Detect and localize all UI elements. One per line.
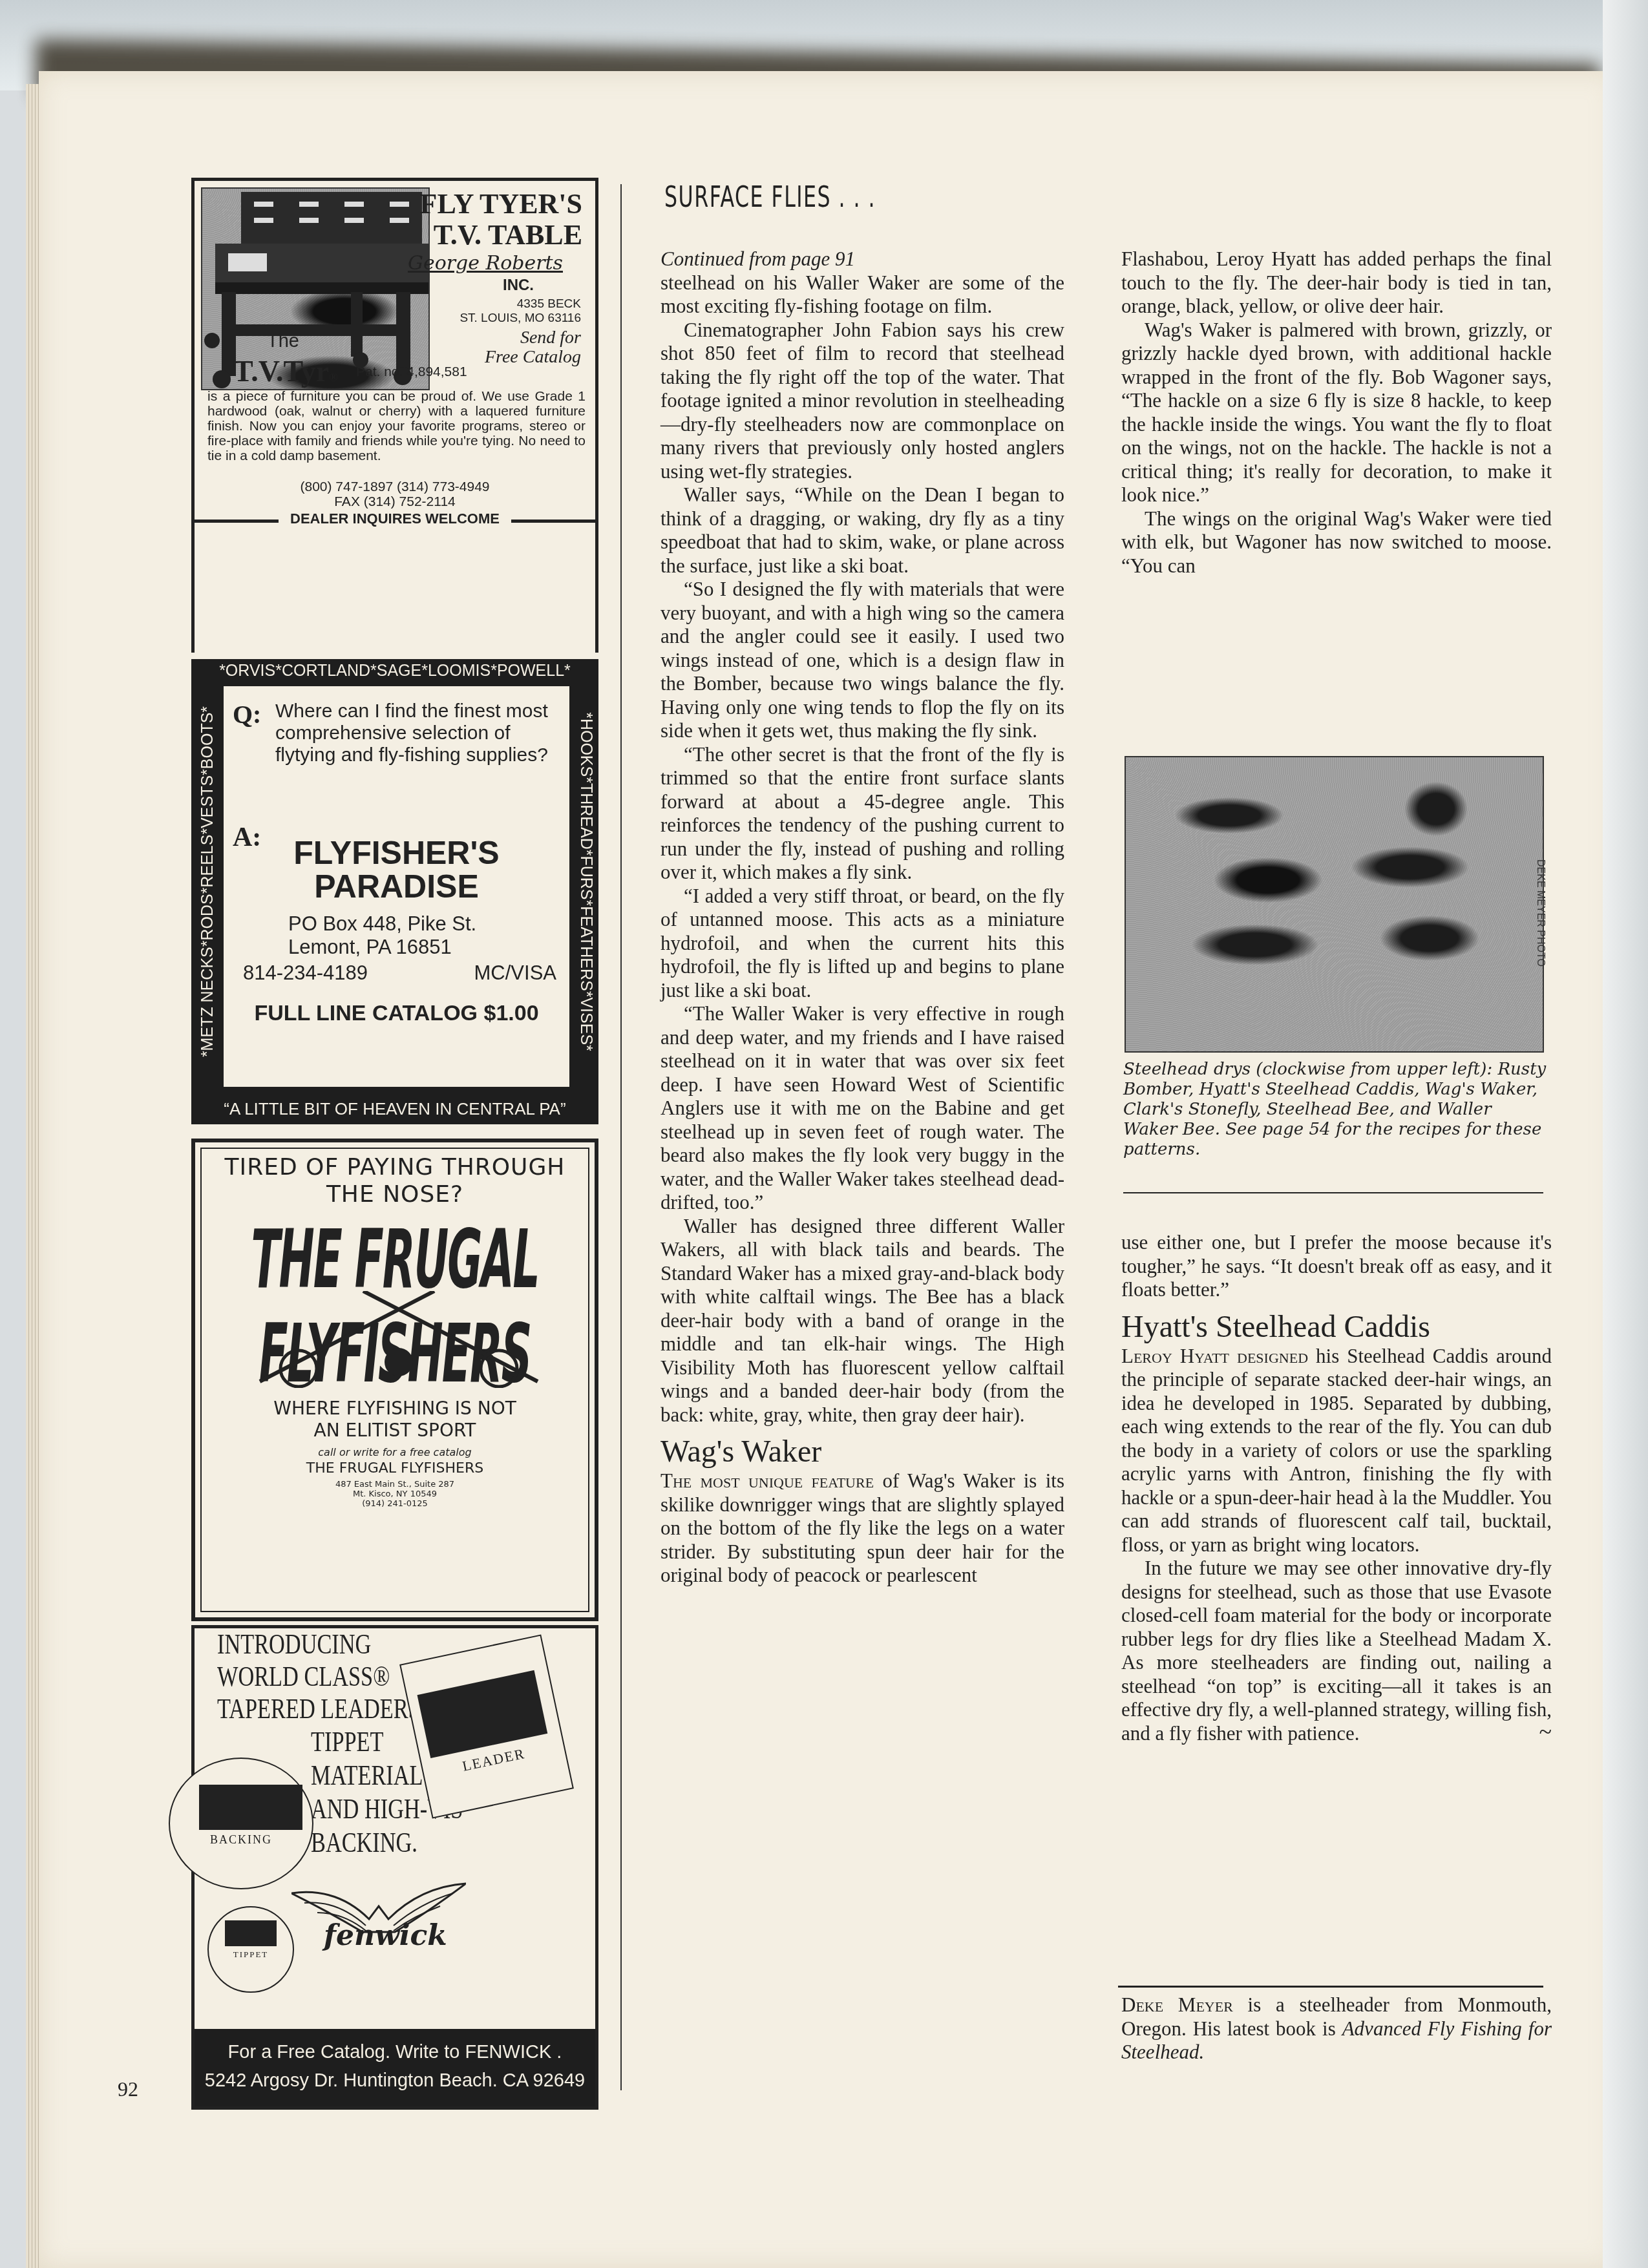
paragraph: In the future we may see other innovativ…: [1121, 1557, 1552, 1745]
ad-fenwick: INTRODUCINGWORLD CLASS®TAPERED LEADERS, …: [191, 1625, 598, 2110]
paragraph: steelhead on his Waller Waker are some o…: [660, 271, 1064, 319]
bio-divider: [1118, 1986, 1543, 1988]
lead-in: Leroy Hyatt designed: [1121, 1345, 1308, 1367]
border-slogan-bottom: “A LITTLE BIT OF HEAVEN IN CENTRAL PA”: [191, 1099, 598, 1119]
paragraph: Waller has designed three different Wall…: [660, 1215, 1064, 1427]
payment-methods: MC/VISA: [474, 961, 556, 985]
subheading-hyatts-caddis: Hyatt's Steelhead Caddis: [1121, 1310, 1552, 1345]
article-column-2: Flashabou, Leroy Hyatt has added perhaps…: [1121, 247, 1552, 578]
ad-body-text: is a piece of furniture you can be proud…: [207, 389, 586, 463]
ad-headline: INTRODUCINGWORLD CLASS®TAPERED LEADERS,: [217, 1628, 426, 1725]
paragraph: “The other secret is that the front of t…: [660, 743, 1064, 885]
store-name: FLYFISHER'SPARADISE: [224, 836, 569, 903]
ad-headline: FLY TYER'ST.V. TABLE: [414, 189, 582, 251]
company-suffix: INC.: [503, 277, 534, 295]
continued-note: Continued from page 91: [660, 247, 1064, 271]
paragraph: Leroy Hyatt designed his Steelhead Caddi…: [1121, 1345, 1552, 1557]
paragraph: “The Waller Waker is very effective in r…: [660, 1002, 1064, 1215]
lead-in: The most unique feature: [660, 1469, 874, 1492]
paragraph: Wag's Waker is palmered with brown, griz…: [1121, 319, 1552, 507]
author-bio: Deke Meyer is a steelheader from Monmout…: [1121, 1993, 1552, 2064]
crossed-fly-rods-icon: [221, 1291, 576, 1388]
scanner-edge: [1603, 0, 1648, 2268]
backing-spool-image: BACKING: [169, 1758, 313, 1889]
section-kicker: SURFACE FLIES . . .: [664, 181, 876, 214]
ad-frugal-flyfishers: TIRED OF PAYING THROUGHTHE NOSE? THE FRU…: [191, 1139, 598, 1621]
steelhead-flies-photo: [1125, 756, 1544, 1053]
column-rule: [620, 184, 622, 2090]
paragraph: Flashabou, Leroy Hyatt has added perhaps…: [1121, 247, 1552, 319]
page-number: 92: [118, 2077, 138, 2101]
store-address: PO Box 448, Pike St.Lemont, PA 16851: [288, 912, 476, 959]
product-name: T.V.Tyr®: [233, 354, 338, 388]
paragraph: “So I designed the fly with materials th…: [660, 578, 1064, 743]
fenwick-brand: fenwick: [324, 1919, 447, 1952]
ad-tagline: TIRED OF PAYING THROUGHTHE NOSE?: [195, 1154, 595, 1208]
question-text: Where can I find the finest most compreh…: [275, 700, 566, 766]
ad-slogan: WHERE FLYFISHING IS NOTAN ELITIST SPORT: [195, 1398, 595, 1442]
paragraph: Cinematographer John Fabion says his cre…: [660, 319, 1064, 484]
article-column-2-continued: use either one, but I prefer the moose b…: [1121, 1231, 1552, 1745]
paragraph: use either one, but I prefer the moose b…: [1121, 1231, 1552, 1302]
catalog-offer: call or write for a free catalog: [195, 1446, 595, 1458]
ad-fly-tyers-tv-table: FLY TYER'ST.V. TABLE George Roberts INC.…: [191, 178, 598, 653]
author-name: Deke Meyer: [1121, 1993, 1233, 2016]
company-name: THE FRUGAL FLYFISHERS: [195, 1460, 595, 1476]
paragraph: The most unique feature of Wag's Waker i…: [660, 1469, 1064, 1588]
border-products-left: *METZ NECKS*RODS*REELS*VESTS*BOOTS*: [198, 669, 217, 1095]
signature-logo: George Roberts: [408, 252, 563, 275]
patent-number: Pat. no. 4,894,581: [356, 364, 467, 380]
free-catalog-offer: Send forFree Catalog: [485, 328, 581, 367]
paragraph: Waller says, “While on the Dean I began …: [660, 483, 1064, 578]
paragraph: “I added a very stiff throat, or beard, …: [660, 885, 1064, 1003]
dealer-notice: DEALER INQUIRES WELCOME: [195, 510, 595, 527]
photo-credit: DEKE MEYER PHOTO: [1534, 859, 1546, 963]
caption-divider: [1123, 1192, 1543, 1193]
tippet-spool-image: TIPPET: [207, 1906, 294, 1993]
paragraph: The wings on the original Wag's Waker we…: [1121, 507, 1552, 578]
border-products-right: *HOOKS*THREAD*FURS*FEATHERS*VISES*: [576, 669, 595, 1095]
company-address: 487 East Main St., Suite 287Mt. Kisco, N…: [195, 1480, 595, 1509]
border-brands-top: *ORVIS*CORTLAND*SAGE*LOOMIS*POWELL*: [191, 662, 598, 680]
ad-footer: For a Free Catalog. Write to FENWICK .52…: [195, 2029, 595, 2106]
ad-panel: Q: Where can I find the finest most comp…: [224, 686, 569, 1087]
store-phone: 814-234-4189: [243, 961, 368, 985]
company-address: 4335 BECKST. LOUIS, MO 63116: [460, 297, 581, 326]
contact-phones: (800) 747-1897 (314) 773-4949FAX (314) 7…: [195, 479, 595, 509]
catalog-offer: FULL LINE CATALOG $1.00: [224, 1001, 569, 1026]
photo-caption: Steelhead drys (clockwise from upper lef…: [1123, 1060, 1547, 1160]
question-label: Q:: [233, 699, 261, 730]
article-column-1: Continued from page 91 steelhead on his …: [660, 247, 1064, 1588]
product-article: The: [267, 331, 299, 352]
end-mark-icon: ~: [1516, 1722, 1552, 1741]
subheading-wags-waker: Wag's Waker: [660, 1434, 1064, 1469]
ad-flyfishers-paradise: *ORVIS*CORTLAND*SAGE*LOOMIS*POWELL* *MET…: [191, 659, 598, 1124]
